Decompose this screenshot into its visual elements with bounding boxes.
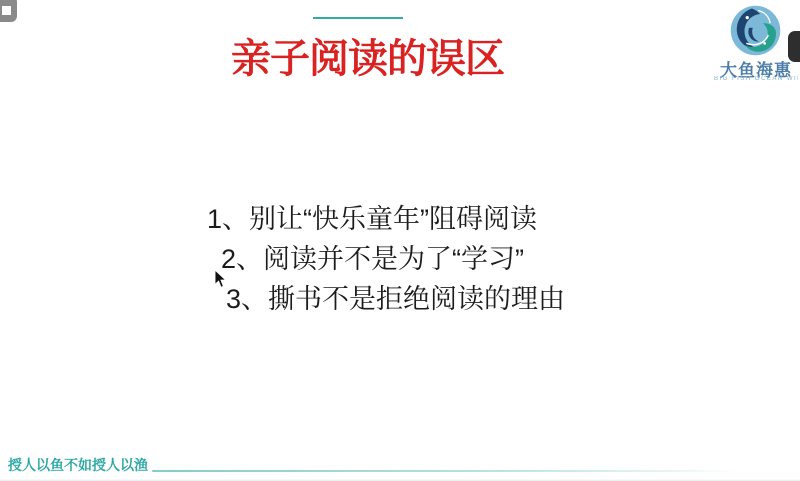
side-panel-handle[interactable] xyxy=(788,31,800,62)
title-accent-line xyxy=(313,17,403,19)
slide-title: 亲子阅读的误区 xyxy=(231,27,504,84)
slide-point-3: 3、撕书不是拒绝阅读的理由 xyxy=(226,283,565,315)
twin-fish-logo-icon xyxy=(728,3,783,58)
footer-slogan: 授人以鱼不如授人以渔 xyxy=(8,455,148,475)
footer-divider-line xyxy=(152,470,740,472)
stop-square-button[interactable] xyxy=(0,0,17,22)
slide-point-1: 1、别让“快乐童年”阻碍阅读 xyxy=(207,203,537,235)
mouse-cursor-icon xyxy=(214,270,227,289)
brand-caption: BIG FISH OCEAN WIDE xyxy=(714,76,798,82)
slide-point-2: 2、阅读并不是为了“学习” xyxy=(221,243,524,275)
stop-square-icon xyxy=(2,6,11,15)
